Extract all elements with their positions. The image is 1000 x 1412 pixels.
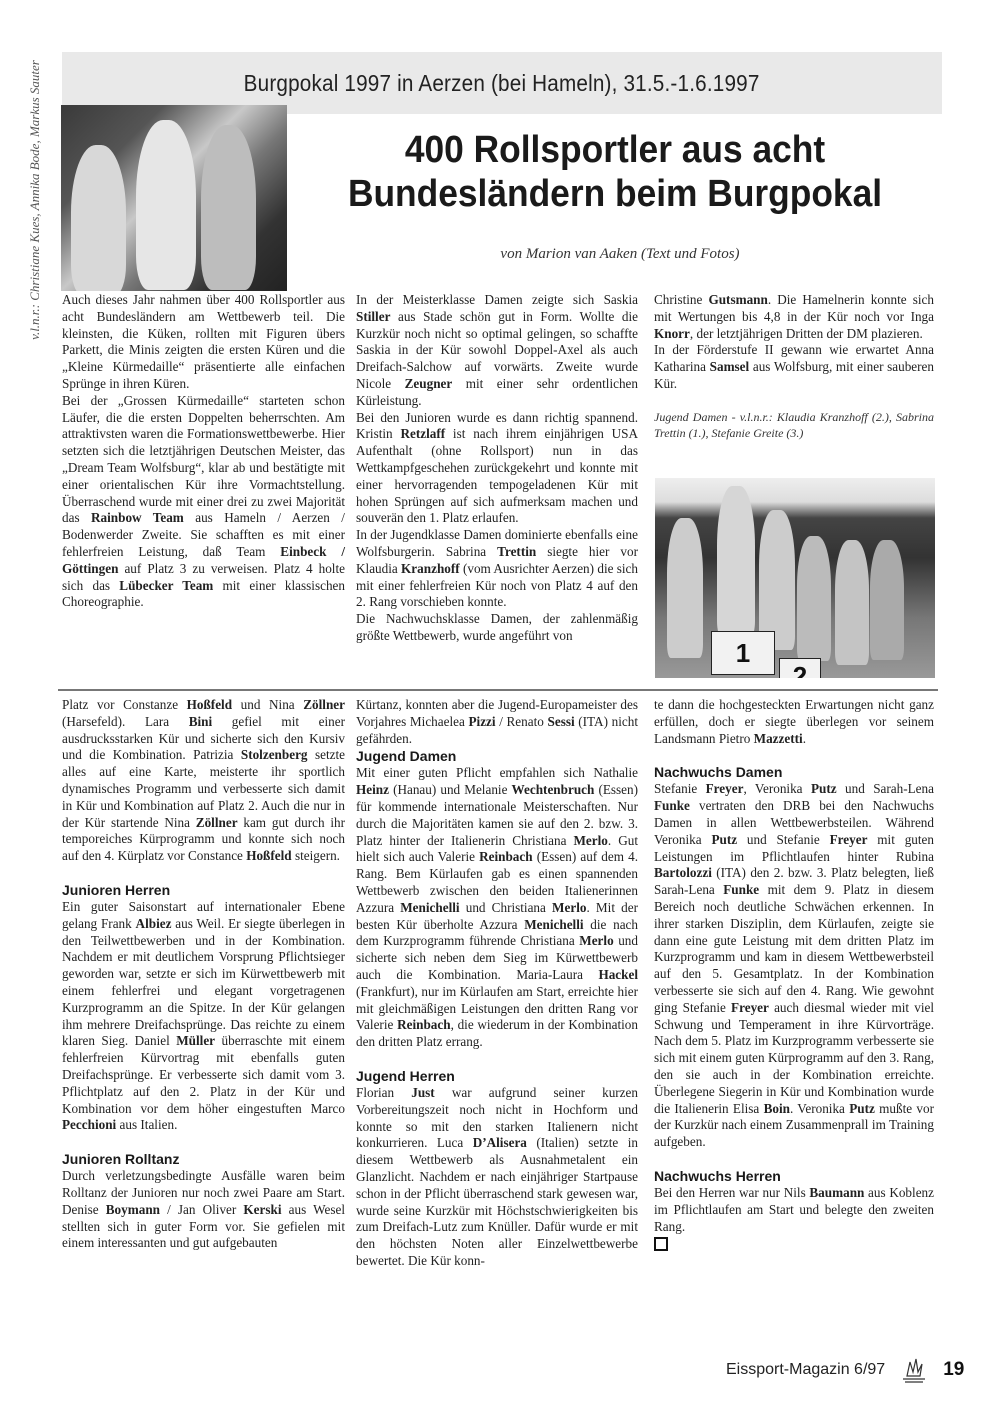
paragraph: Durch verletzungsbedingte Ausfälle waren…	[62, 1168, 345, 1252]
photo-caption: Jugend Damen - v.l.n.r.: Klaudia Kranzho…	[654, 409, 934, 441]
photo-credit: v.l.n.r.: Christiane Kues, Annika Bode, …	[20, 100, 50, 300]
skate-wing-logo-icon	[899, 1356, 929, 1384]
paragraph: In der Meisterklasse Damen zeigte sich S…	[356, 292, 638, 410]
podium-second: 2	[779, 658, 821, 678]
paragraph: Bei den Junioren wurde es dann richtig s…	[356, 410, 638, 528]
photo-three-skaters	[61, 105, 287, 291]
paragraph: te dann die hochgesteckten Erwartungen n…	[654, 697, 934, 747]
paragraph: Christine Gutsmann. Die Hamelnerin konnt…	[654, 292, 934, 342]
magazine-issue: Eissport-Magazin 6/97	[726, 1361, 885, 1379]
paragraph: Ein guter Saisonstart auf internationale…	[62, 899, 345, 1134]
article-title: 400 Rollsportler aus acht Bundesländern …	[322, 128, 908, 216]
heading-nachwuchs-damen: Nachwuchs Damen	[654, 763, 934, 781]
end-of-article-box-icon	[654, 1237, 668, 1251]
paragraph: Bei den Herren war nur Nils Baumann aus …	[654, 1185, 934, 1235]
title-line-1: 400 Rollsportler aus acht	[322, 128, 908, 172]
title-line-2: Bundesländern beim Burgpokal	[322, 172, 908, 216]
paragraph: Kürtanz, konnten aber die Jugend-Europam…	[356, 697, 638, 747]
heading-junioren-herren: Junioren Herren	[62, 881, 345, 899]
heading-jugend-herren: Jugend Herren	[356, 1067, 638, 1085]
top-column-2: In der Meisterklasse Damen zeigte sich S…	[356, 292, 638, 645]
photo-podium-jugend-damen: 1 2	[655, 478, 935, 678]
page-number: 19	[943, 1359, 964, 1381]
paragraph: Auch dieses Jahr nahmen über 400 Rollspo…	[62, 292, 345, 393]
top-column-3: Christine Gutsmann. Die Hamelnerin konnt…	[654, 292, 934, 441]
page-footer: Eissport-Magazin 6/97 19	[726, 1356, 964, 1384]
bottom-column-3: te dann die hochgesteckten Erwartungen n…	[654, 697, 934, 1256]
paragraph: In der Jugendklasse Damen dominierte ebe…	[356, 527, 638, 611]
section-divider	[58, 689, 938, 691]
banner-text: Burgpokal 1997 in Aerzen (bei Hameln), 3…	[244, 70, 760, 97]
photo-credit-text: v.l.n.r.: Christiane Kues, Annika Bode, …	[27, 60, 43, 340]
paragraph: Bei der „Grossen Kürmedaille“ starteten …	[62, 393, 345, 611]
paragraph: Platz vor Constanze Hoßfeld und Nina Zöl…	[62, 697, 345, 865]
podium-first: 1	[711, 631, 775, 675]
paragraph: Die Nachwuchsklasse Damen, der zahlenmäß…	[356, 611, 638, 645]
bottom-column-2: Kürtanz, konnten aber die Jugend-Europam…	[356, 697, 638, 1270]
heading-nachwuchs-herren: Nachwuchs Herren	[654, 1167, 934, 1185]
paragraph: Stefanie Freyer, Veronika Putz und Sarah…	[654, 781, 934, 1151]
paragraph: Florian Just war aufgrund seiner kurzen …	[356, 1085, 638, 1270]
heading-jugend-damen: Jugend Damen	[356, 747, 638, 765]
bottom-column-1: Platz vor Constanze Hoßfeld und Nina Zöl…	[62, 697, 345, 1252]
paragraph: Mit einer guten Pflicht empfahlen sich N…	[356, 765, 638, 1051]
heading-junioren-rolltanz: Junioren Rolltanz	[62, 1150, 345, 1168]
byline: von Marion van Aaken (Text und Fotos)	[420, 246, 820, 263]
top-column-1: Auch dieses Jahr nahmen über 400 Rollspo…	[62, 292, 345, 611]
paragraph: In der Förderstufe II gewann wie erwarte…	[654, 342, 934, 392]
